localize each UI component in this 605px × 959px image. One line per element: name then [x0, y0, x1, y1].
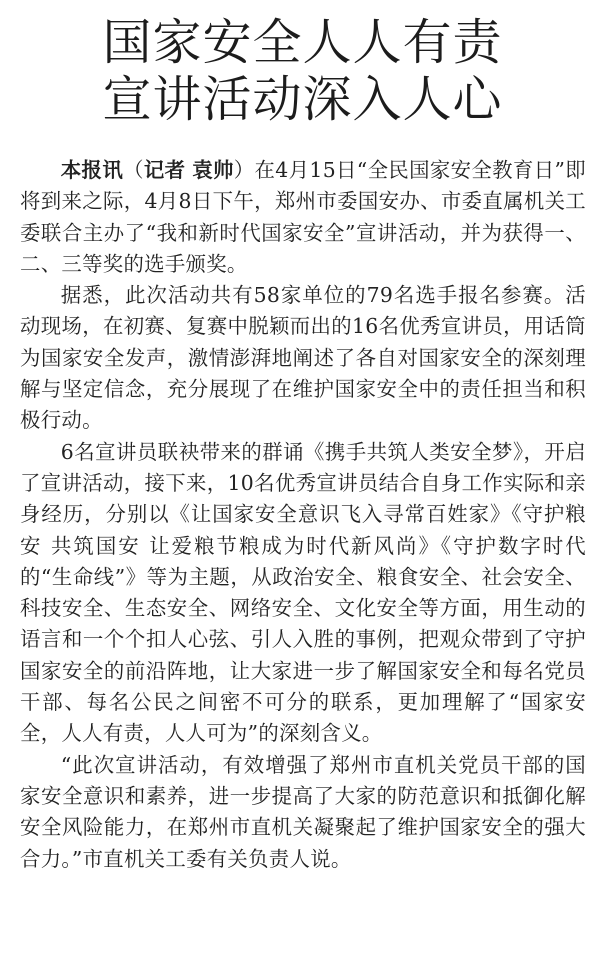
paragraph-4: “此次宣讲活动，有效增强了郑州市直机关党员干部的国家安全意识和素养，进一步提高了… [20, 750, 586, 875]
article-headline: 国家安全人人有责 宣讲活动深入人心 [0, 14, 605, 128]
headline-line-2: 宣讲活动深入人心 [0, 71, 605, 128]
byline-prefix: 记者 [144, 158, 186, 182]
byline-close-paren: ） [234, 158, 255, 182]
paragraph-3: 6名宣讲员联袂带来的群诵《携手共筑人类安全梦》，开启了宣讲活动，接下来，10名优… [20, 437, 586, 750]
paragraph-1: 本报讯（记者 袁帅）在4月15日“全民国家安全教育日”即将到来之际，4月8日下午… [20, 155, 586, 280]
byline-open-paren: （ [123, 158, 144, 182]
article-body: 本报讯（记者 袁帅）在4月15日“全民国家安全教育日”即将到来之际，4月8日下午… [20, 155, 586, 875]
dateline-label: 本报讯 [61, 158, 123, 182]
byline-name: 袁帅 [192, 158, 234, 182]
headline-line-1: 国家安全人人有责 [0, 14, 605, 71]
paragraph-2: 据悉，此次活动共有58家单位的79名选手报名参赛。活动现场，在初赛、复赛中脱颖而… [20, 280, 586, 436]
